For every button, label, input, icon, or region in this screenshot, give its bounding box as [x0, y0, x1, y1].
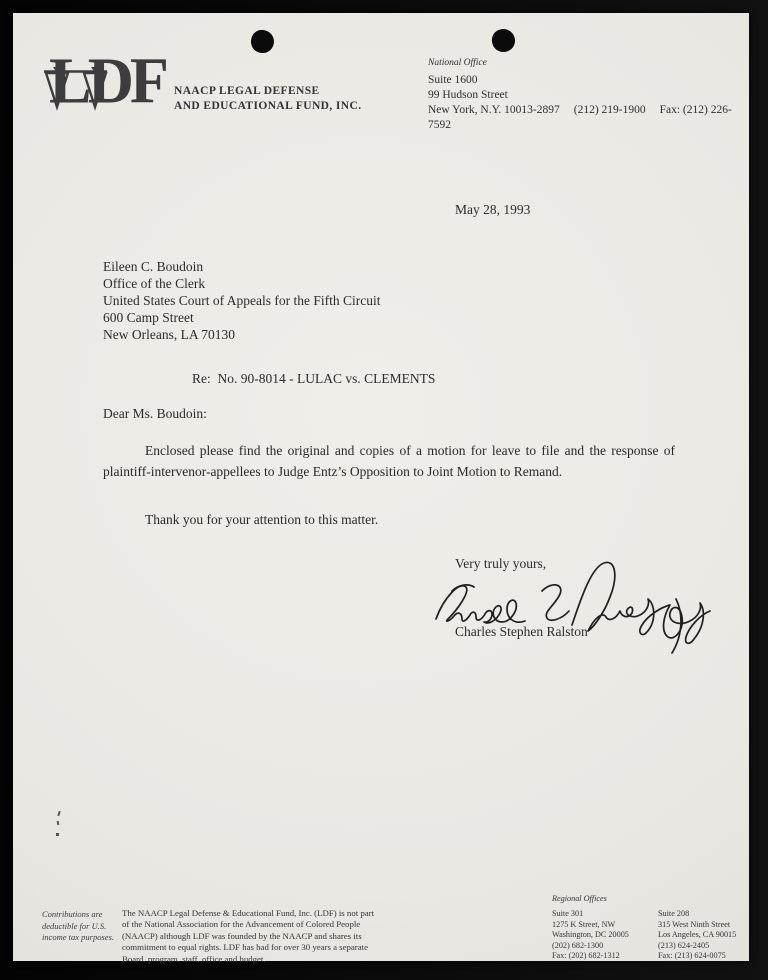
national-office-phone: (212) 219-1900 — [574, 104, 646, 116]
re-subject-line: Re: No. 90-8014 - LULAC vs. CLEMENTS — [192, 371, 435, 387]
naacp-disclaimer: The NAACP Legal Defense & Educational Fu… — [122, 908, 374, 965]
regional-offices-label: Regional Offices — [552, 894, 736, 903]
recipient-name: Eileen C. Boudoin — [103, 258, 380, 275]
national-office-city: New York, N.Y. 10013-2897 — [428, 104, 560, 116]
org-name: NAACP LEGAL DEFENSE AND EDUCATIONAL FUND… — [174, 84, 362, 114]
national-office-block: National Office Suite 1600 99 Hudson Str… — [428, 56, 749, 133]
letter-date: May 28, 1993 — [455, 202, 530, 218]
recipient-city: New Orleans, LA 70130 — [103, 326, 380, 343]
national-office-street: 99 Hudson Street — [428, 88, 749, 103]
regional-offices-block: Regional Offices Suite 301 1275 K Street… — [552, 894, 736, 962]
regional-office-los-angeles: Suite 208 315 West Ninth Street Los Ange… — [658, 909, 736, 962]
recipient-office: Office of the Clerk — [103, 275, 380, 292]
punch-hole-right — [491, 28, 517, 54]
pen-marks — [56, 811, 62, 841]
punch-hole-left — [249, 28, 276, 55]
regional-office-washington: Suite 301 1275 K Street, NW Washington, … — [552, 909, 644, 962]
org-name-line1: NAACP LEGAL DEFENSE — [174, 84, 362, 99]
scales-of-justice-icon — [43, 67, 111, 113]
recipient-street: 600 Camp Street — [103, 309, 380, 326]
recipient-address: Eileen C. Boudoin Office of the Clerk Un… — [103, 258, 380, 343]
body-paragraph-1: Enclosed please find the original and co… — [103, 440, 675, 482]
org-name-line2: AND EDUCATIONAL FUND, INC. — [174, 99, 362, 114]
handwritten-signature — [426, 561, 722, 661]
recipient-court: United States Court of Appeals for the F… — [103, 292, 380, 309]
letter-page: LDF NAACP LEGAL DEFENSE AND EDUCATIONAL … — [13, 13, 749, 961]
national-office-label: National Office — [428, 56, 749, 71]
ldf-logo: LDF — [43, 55, 177, 117]
tax-deduction-note: Contributions are deductible for U.S. in… — [42, 909, 114, 944]
national-office-suite: Suite 1600 — [428, 73, 749, 88]
scan-background: LDF NAACP LEGAL DEFENSE AND EDUCATIONAL … — [0, 0, 768, 980]
national-office-contact: New York, N.Y. 10013-2897(212) 219-1900F… — [428, 103, 749, 133]
body-paragraph-2: Thank you for your attention to this mat… — [103, 509, 675, 530]
signature-typed-name: Charles Stephen Ralston — [455, 624, 588, 640]
salutation: Dear Ms. Boudoin: — [103, 406, 207, 422]
